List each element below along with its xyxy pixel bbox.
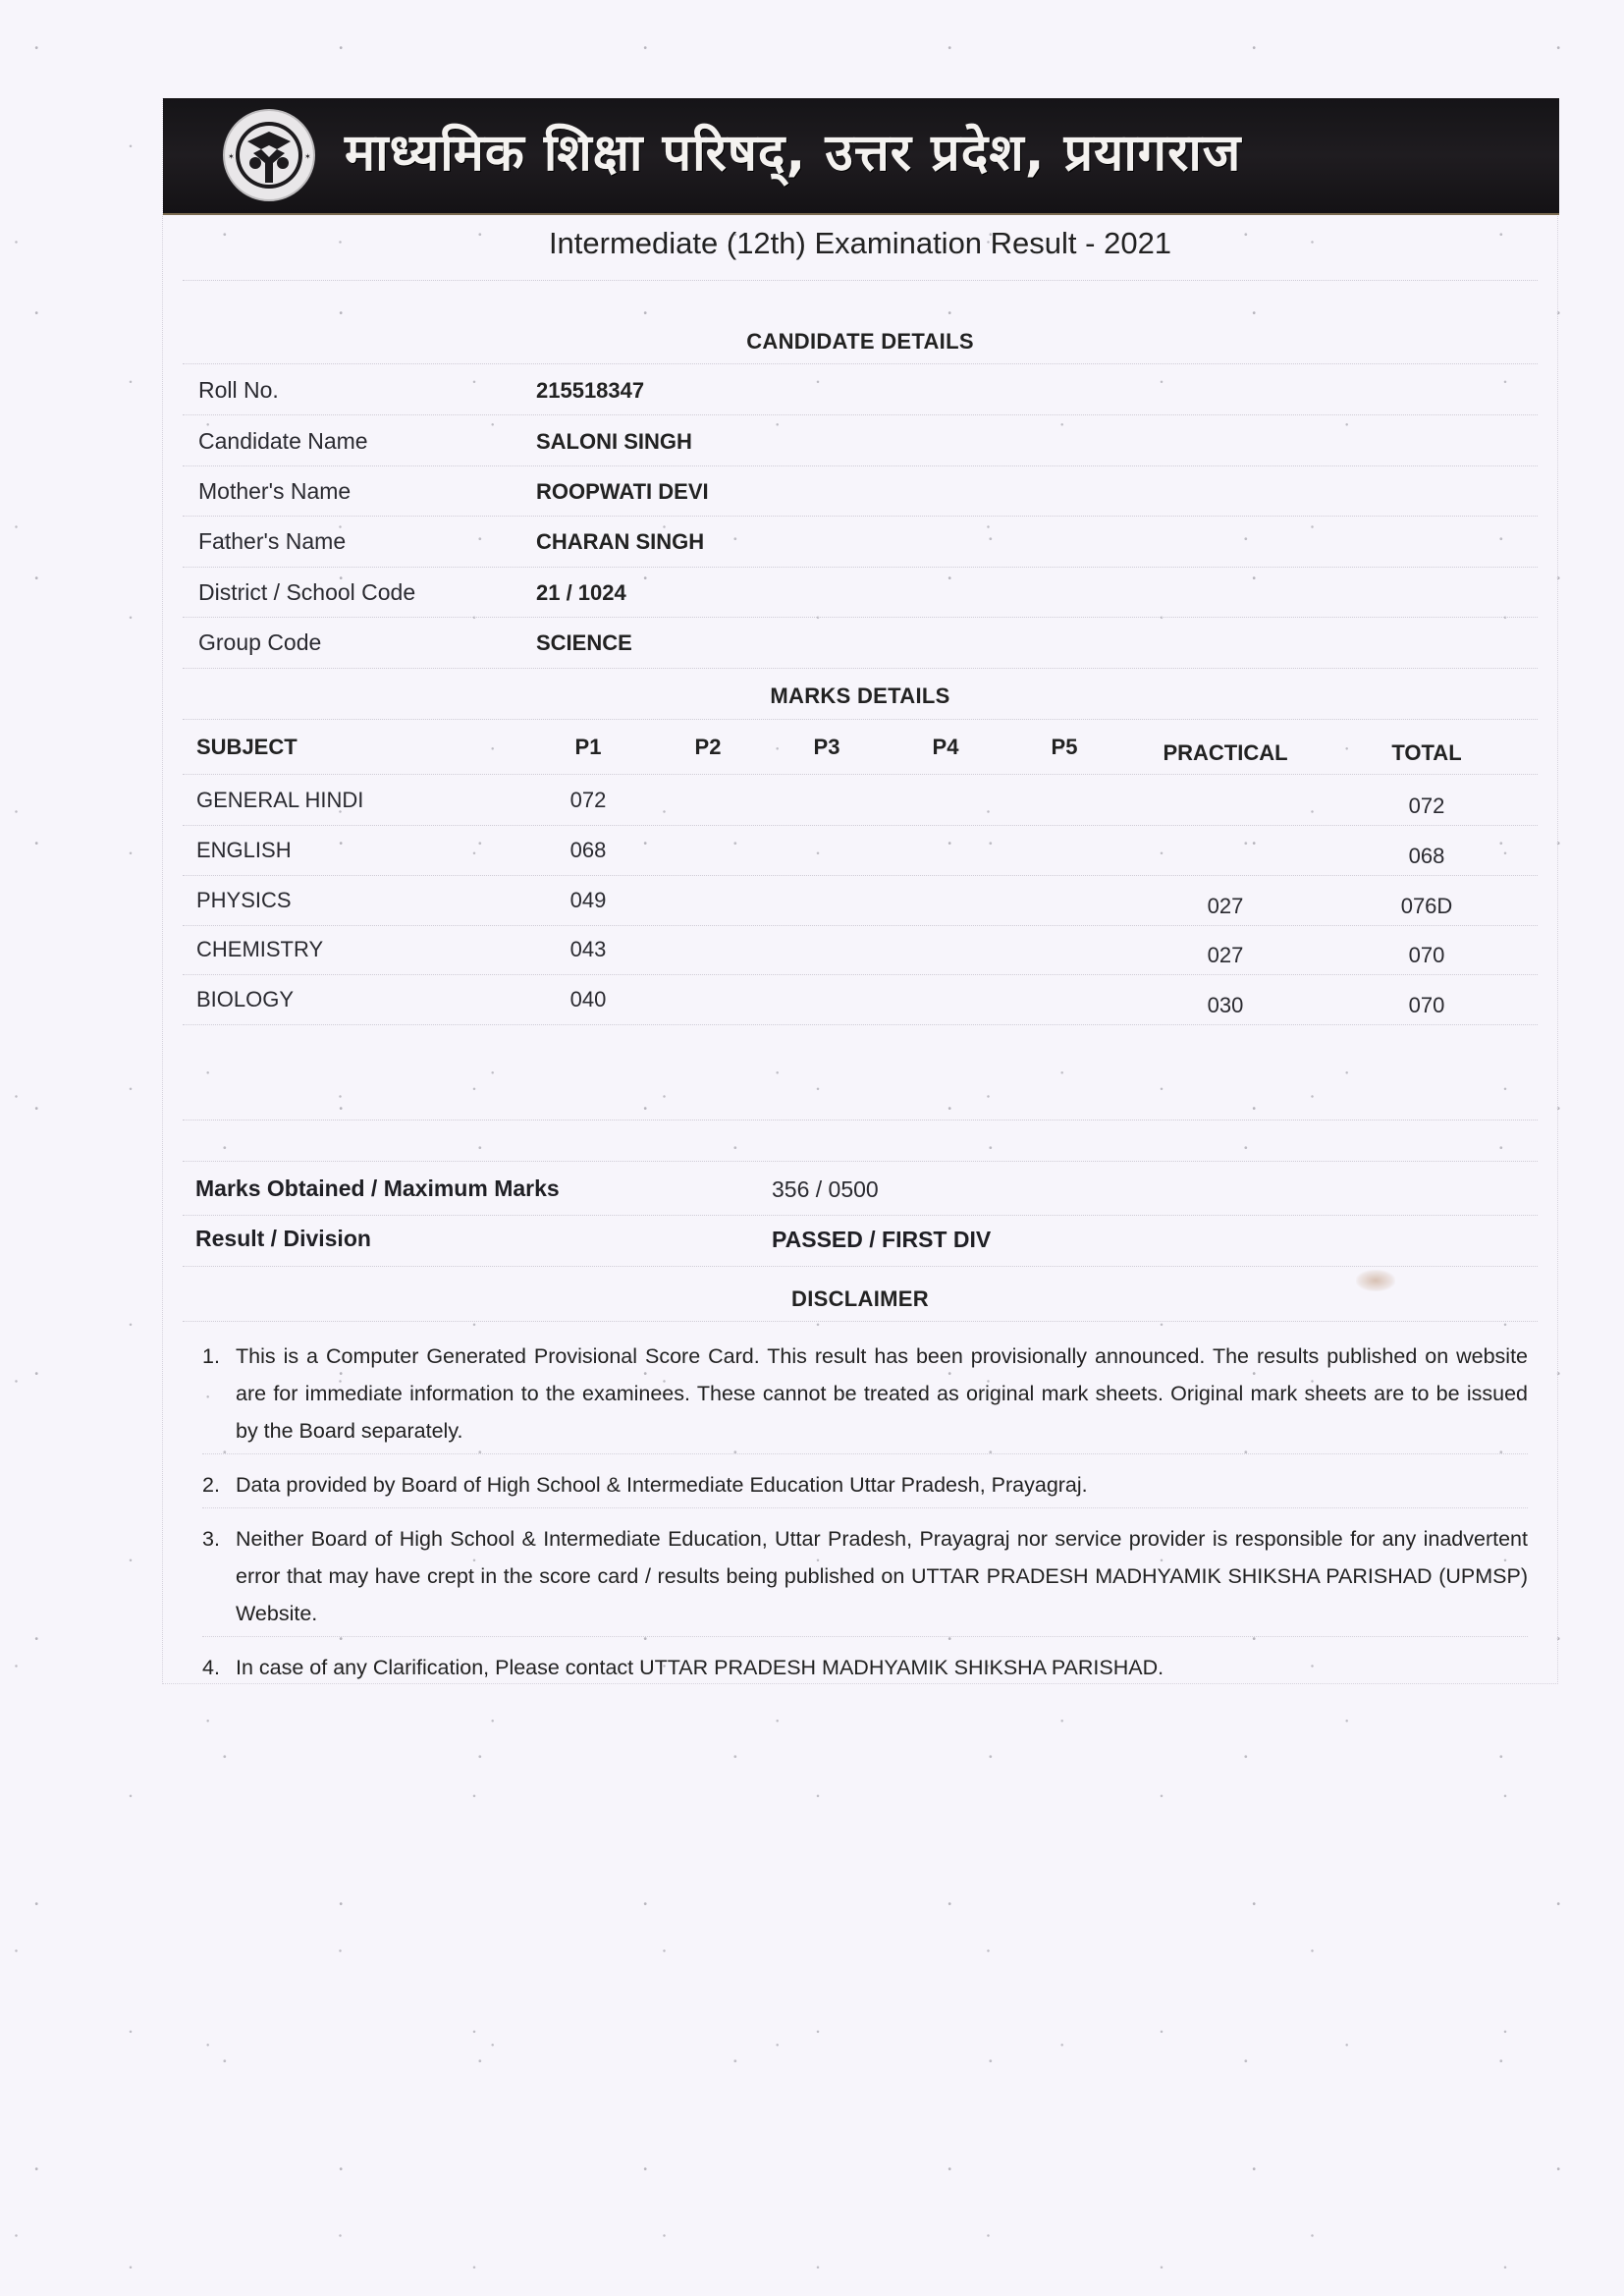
divider	[183, 280, 1538, 281]
divider	[183, 1024, 1538, 1025]
divider	[183, 668, 1538, 669]
table-row: GENERAL HINDI072072	[163, 776, 1557, 826]
column-header-p1: P1	[544, 735, 632, 760]
candidate-name-value: SALONI SINGH	[536, 429, 692, 455]
marks-obtained-value: 356 / 0500	[772, 1176, 879, 1203]
table-row: BIOLOGY040030070	[163, 975, 1557, 1025]
detail-label: Candidate Name	[198, 428, 368, 455]
candidate-details-heading: CANDIDATE DETAILS	[163, 329, 1557, 355]
table-row: ENGLISH068068	[163, 826, 1557, 876]
disclaimer-text: In case of any Clarification, Please con…	[236, 1656, 1164, 1679]
column-header-p3: P3	[783, 735, 871, 760]
group-code-value: SCIENCE	[536, 630, 632, 656]
p1-cell: 049	[544, 888, 632, 913]
marks-table-header: SUBJECT P1 P2 P3 P4 P5 PRACTICAL TOTAL	[163, 723, 1557, 773]
divider	[183, 1161, 1538, 1162]
column-header-p4: P4	[901, 735, 990, 760]
table-row: PHYSICS049027076D	[163, 876, 1557, 926]
p1-cell: 068	[544, 838, 632, 863]
up-board-emblem-icon: ✶ ✶	[220, 106, 318, 204]
district-school-code-value: 21 / 1024	[536, 580, 626, 606]
disclaimer-item: 4.In case of any Clarification, Please c…	[202, 1649, 1528, 1690]
column-header-total: TOTAL	[1348, 740, 1505, 766]
board-name: माध्यमिक शिक्षा परिषद्, उत्तर प्रदेश, प्…	[345, 116, 1241, 186]
detail-label: Roll No.	[198, 377, 279, 404]
detail-row-group-code: Group Code SCIENCE	[163, 618, 1557, 668]
roll-no-value: 215518347	[536, 378, 644, 404]
disclaimer-text: This is a Computer Generated Provisional…	[236, 1344, 1528, 1443]
total-cell: 072	[1348, 793, 1505, 819]
disclaimer-item: 2.Data provided by Board of High School …	[202, 1466, 1528, 1508]
detail-row-father-name: Father's Name CHARAN SINGH	[163, 517, 1557, 567]
detail-label: District / School Code	[198, 579, 415, 606]
p1-cell: 040	[544, 987, 632, 1012]
disclaimer-number: 1.	[202, 1338, 220, 1375]
mother-name-value: ROOPWATI DEVI	[536, 479, 709, 505]
column-header-p5: P5	[1020, 735, 1109, 760]
total-cell: 076D	[1348, 894, 1505, 919]
divider	[183, 774, 1538, 775]
marks-obtained-row: Marks Obtained / Maximum Marks 356 / 050…	[163, 1164, 1557, 1214]
svg-text:✶: ✶	[228, 152, 235, 161]
p1-cell: 072	[544, 788, 632, 813]
disclaimer-list: 1.This is a Computer Generated Provision…	[202, 1338, 1528, 1702]
practical-cell: 030	[1147, 993, 1304, 1018]
total-cell: 070	[1348, 943, 1505, 968]
disclaimer-heading: DISCLAIMER	[163, 1286, 1557, 1312]
marks-details-heading: MARKS DETAILS	[163, 683, 1557, 709]
divider	[183, 1321, 1538, 1322]
paper-stain	[1356, 1270, 1395, 1291]
column-header-p2: P2	[664, 735, 752, 760]
svg-text:✶: ✶	[304, 152, 311, 161]
detail-label: Father's Name	[198, 528, 346, 555]
practical-cell: 027	[1147, 943, 1304, 968]
total-cell: 070	[1348, 993, 1505, 1018]
disclaimer-item: 1.This is a Computer Generated Provision…	[202, 1338, 1528, 1454]
divider	[183, 1266, 1538, 1267]
disclaimer-number: 3.	[202, 1520, 220, 1558]
disclaimer-number: 4.	[202, 1649, 220, 1686]
header-banner: ✶ ✶ माध्यमिक शिक्षा परिषद्, उत्तर प्रदेश…	[163, 98, 1559, 215]
detail-row-candidate-name: Candidate Name SALONI SINGH	[163, 416, 1557, 466]
detail-label: Group Code	[198, 629, 321, 656]
divider	[183, 414, 1538, 415]
subject-cell: GENERAL HINDI	[196, 788, 491, 813]
detail-row-roll-no: Roll No. 215518347	[163, 365, 1557, 415]
divider	[183, 1120, 1538, 1121]
disclaimer-text: Data provided by Board of High School & …	[236, 1473, 1088, 1497]
result-division-row: Result / Division PASSED / FIRST DIV	[163, 1214, 1557, 1264]
p1-cell: 043	[544, 937, 632, 962]
result-division-label: Result / Division	[195, 1226, 371, 1252]
exam-title: Intermediate (12th) Examination Result -…	[163, 226, 1557, 261]
detail-row-district-school-code: District / School Code 21 / 1024	[163, 568, 1557, 618]
disclaimer-item: 3.Neither Board of High School & Interme…	[202, 1520, 1528, 1637]
divider	[183, 719, 1538, 720]
column-header-subject: SUBJECT	[196, 735, 491, 760]
divider	[183, 363, 1538, 364]
detail-label: Mother's Name	[198, 478, 351, 505]
subject-cell: PHYSICS	[196, 888, 491, 913]
detail-row-mother-name: Mother's Name ROOPWATI DEVI	[163, 466, 1557, 517]
marks-obtained-label: Marks Obtained / Maximum Marks	[195, 1175, 560, 1202]
result-division-value: PASSED / FIRST DIV	[772, 1227, 991, 1253]
result-card: ✶ ✶ माध्यमिक शिक्षा परिषद्, उत्तर प्रदेश…	[162, 98, 1558, 1684]
column-header-practical: PRACTICAL	[1147, 740, 1304, 766]
subject-cell: ENGLISH	[196, 838, 491, 863]
subject-cell: CHEMISTRY	[196, 937, 491, 962]
disclaimer-number: 2.	[202, 1466, 220, 1503]
subject-cell: BIOLOGY	[196, 987, 491, 1012]
table-row: CHEMISTRY043027070	[163, 925, 1557, 975]
father-name-value: CHARAN SINGH	[536, 529, 704, 555]
total-cell: 068	[1348, 844, 1505, 869]
practical-cell: 027	[1147, 894, 1304, 919]
disclaimer-text: Neither Board of High School & Intermedi…	[236, 1527, 1528, 1625]
